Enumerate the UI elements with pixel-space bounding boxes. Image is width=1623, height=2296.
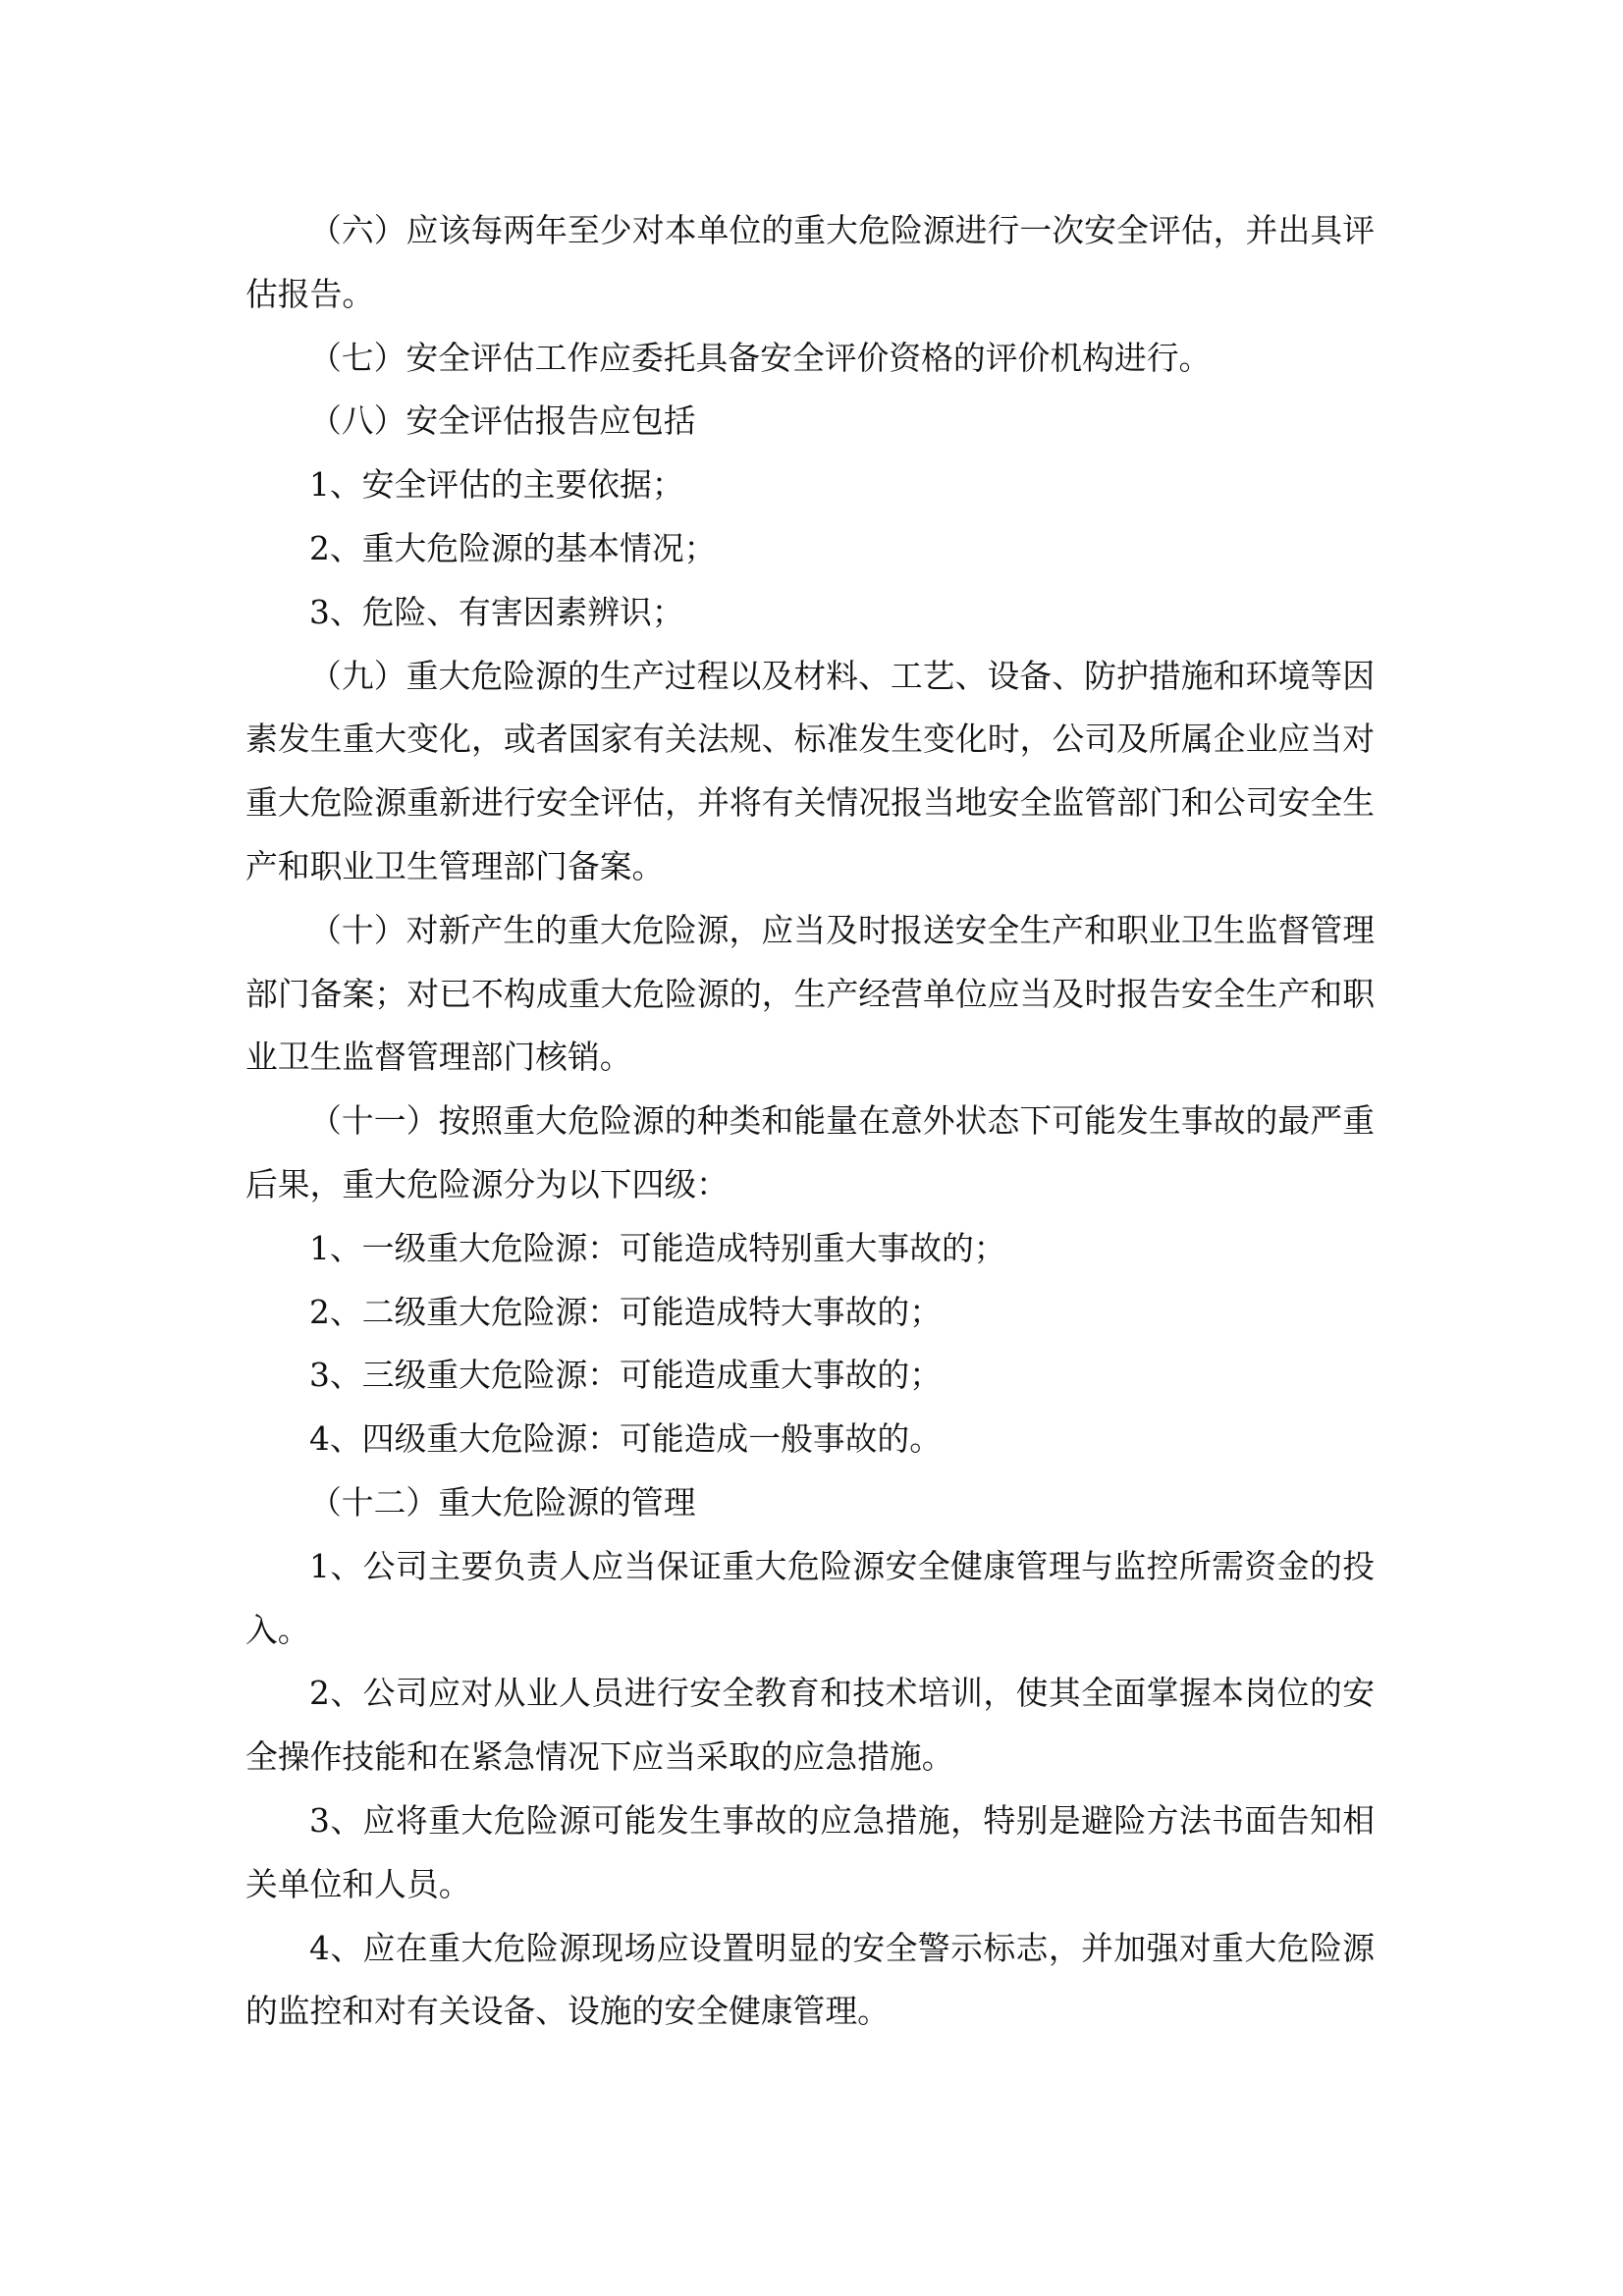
list-item-12-3: 3、应将重大危险源可能发生事故的应急措施，特别是避险方法书面告知相 关单位和人员…: [245, 1789, 1375, 1917]
paragraph-line: 3、危险、有害因素辨识；: [245, 581, 1375, 645]
paragraph-line: 全操作技能和在紧急情况下应当采取的应急措施。: [245, 1726, 1375, 1789]
paragraph-line: 2、二级重大危险源：可能造成特大事故的；: [245, 1281, 1375, 1345]
paragraph-line: 4、四级重大危险源：可能造成一般事故的。: [245, 1408, 1375, 1471]
list-item-11-3: 3、三级重大危险源：可能造成重大事故的；: [245, 1344, 1375, 1408]
paragraph-line: 产和职业卫生管理部门备案。: [245, 835, 1375, 899]
document-page: （六）应该每两年至少对本单位的重大危险源进行一次安全评估，并出具评 估报告。 （…: [245, 199, 1375, 2044]
paragraph-line: （八）安全评估报告应包括: [245, 390, 1375, 454]
paragraph-7: （七）安全评估工作应委托具备安全评价资格的评价机构进行。: [245, 327, 1375, 391]
list-item-11-1: 1、一级重大危险源：可能造成特别重大事故的；: [245, 1217, 1375, 1281]
paragraph-line: 2、公司应对从业人员进行安全教育和技术培训，使其全面掌握本岗位的安: [245, 1662, 1375, 1726]
paragraph-line: 关单位和人员。: [245, 1853, 1375, 1917]
list-item-12-2: 2、公司应对从业人员进行安全教育和技术培训，使其全面掌握本岗位的安 全操作技能和…: [245, 1662, 1375, 1789]
list-item-12-4: 4、应在重大危险源现场应设置明显的安全警示标志，并加强对重大危险源 的监控和对有…: [245, 1917, 1375, 2045]
paragraph-line: 入。: [245, 1599, 1375, 1663]
list-item-11-2: 2、二级重大危险源：可能造成特大事故的；: [245, 1281, 1375, 1345]
paragraph-10: （十）对新产生的重大危险源，应当及时报送安全生产和职业卫生监督管理 部门备案；对…: [245, 899, 1375, 1090]
paragraph-11: （十一）按照重大危险源的种类和能量在意外状态下可能发生事故的最严重 后果，重大危…: [245, 1090, 1375, 1217]
paragraph-line: （六）应该每两年至少对本单位的重大危险源进行一次安全评估，并出具评: [245, 199, 1375, 263]
paragraph-line: （七）安全评估工作应委托具备安全评价资格的评价机构进行。: [245, 327, 1375, 391]
paragraph-line: （九）重大危险源的生产过程以及材料、工艺、设备、防护措施和环境等因: [245, 645, 1375, 709]
paragraph-line: 2、重大危险源的基本情况；: [245, 517, 1375, 581]
paragraph-line: 后果，重大危险源分为以下四级：: [245, 1153, 1375, 1217]
list-item-8-2: 2、重大危险源的基本情况；: [245, 517, 1375, 581]
paragraph-line: （十一）按照重大危险源的种类和能量在意外状态下可能发生事故的最严重: [245, 1090, 1375, 1153]
paragraph-line: 1、安全评估的主要依据；: [245, 454, 1375, 517]
paragraph-line: 3、三级重大危险源：可能造成重大事故的；: [245, 1344, 1375, 1408]
paragraph-line: 部门备案；对已不构成重大危险源的，生产经营单位应当及时报告安全生产和职: [245, 963, 1375, 1027]
paragraph-line: （十二）重大危险源的管理: [245, 1471, 1375, 1535]
list-item-12-1: 1、公司主要负责人应当保证重大危险源安全健康管理与监控所需资金的投 入。: [245, 1535, 1375, 1663]
paragraph-line: 1、一级重大危险源：可能造成特别重大事故的；: [245, 1217, 1375, 1281]
paragraph-line: 的监控和对有关设备、设施的安全健康管理。: [245, 1980, 1375, 2044]
paragraph-line: 1、公司主要负责人应当保证重大危险源安全健康管理与监控所需资金的投: [245, 1535, 1375, 1599]
paragraph-9: （九）重大危险源的生产过程以及材料、工艺、设备、防护措施和环境等因 素发生重大变…: [245, 645, 1375, 899]
paragraph-12-heading: （十二）重大危险源的管理: [245, 1471, 1375, 1535]
list-item-8-1: 1、安全评估的主要依据；: [245, 454, 1375, 517]
paragraph-line: 业卫生监督管理部门核销。: [245, 1026, 1375, 1090]
paragraph-line: 重大危险源重新进行安全评估，并将有关情况报当地安全监管部门和公司安全生: [245, 772, 1375, 835]
paragraph-line: 4、应在重大危险源现场应设置明显的安全警示标志，并加强对重大危险源: [245, 1917, 1375, 1981]
paragraph-line: 估报告。: [245, 263, 1375, 327]
paragraph-line: 3、应将重大危险源可能发生事故的应急措施，特别是避险方法书面告知相: [245, 1789, 1375, 1853]
list-item-11-4: 4、四级重大危险源：可能造成一般事故的。: [245, 1408, 1375, 1471]
paragraph-6: （六）应该每两年至少对本单位的重大危险源进行一次安全评估，并出具评 估报告。: [245, 199, 1375, 327]
paragraph-line: （十）对新产生的重大危险源，应当及时报送安全生产和职业卫生监督管理: [245, 899, 1375, 963]
paragraph-8-heading: （八）安全评估报告应包括: [245, 390, 1375, 454]
paragraph-line: 素发生重大变化，或者国家有关法规、标准发生变化时，公司及所属企业应当对: [245, 708, 1375, 772]
list-item-8-3: 3、危险、有害因素辨识；: [245, 581, 1375, 645]
